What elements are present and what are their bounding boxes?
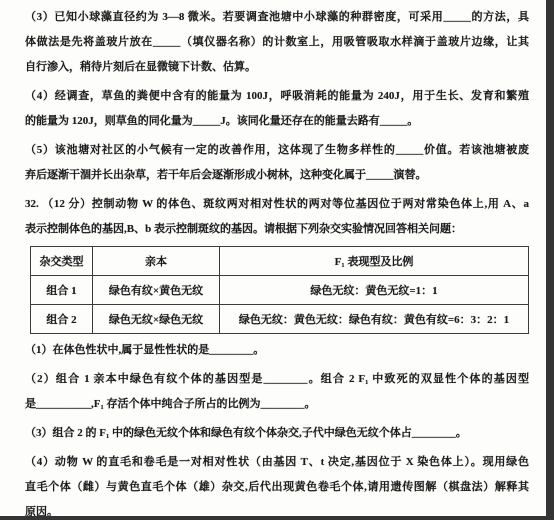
exam-page: （3）已知小球藻直径约为 3—8 微米。若要调查池塘中小球藻的种群密度，可采用_… <box>0 0 554 520</box>
text-line: 32. （12 分）控制动物 W 的体色、斑纹两对相对性状的两对等位基因位于两对… <box>25 192 529 217</box>
header-parents: 亲本 <box>93 247 220 276</box>
scan-edge-bottom <box>0 516 554 520</box>
table-header-row: 杂交类型 亲本 F₁ 表现型及比例 <box>31 247 529 276</box>
text-line: 直毛个体（雌）与黄色直毛个体（雄）杂交,后代出现黄色卷毛个体,请用遗传图解（棋盘… <box>25 475 529 500</box>
question-32-intro: 32. （12 分）控制动物 W 的体色、斑纹两对相对性状的两对等位基因位于两对… <box>25 192 529 242</box>
cell-combo-1-label: 组合 1 <box>31 276 93 305</box>
question-32-sub-4: （4）动物 W 的直毛和卷毛是一对相对性状（由基因 T、t 决定,基因位于 X … <box>25 450 529 520</box>
cell-combo-2-label: 组合 2 <box>31 305 93 334</box>
text-line: 弃后逐渐干涸并长出杂草，若干年后会逐渐形成小树林，这种变化属于_____演替。 <box>25 163 529 188</box>
text-line: （5）该池塘对社区的小气候有一定的改善作用，这体现了生物多样性的_____价值。… <box>25 138 529 163</box>
text-line: （1）在体色性状中,属于显性性状的是________。 <box>25 338 529 363</box>
question-32-sub-2: （2）组合 1 亲本中绿色有纹个体的基因型是________。组合 2 F₁ 中… <box>25 367 529 417</box>
text-line: 的能量为 120J，则草鱼的同化量为_____J。该同化量还存在的能量去路有__… <box>25 109 529 134</box>
text-line: （3）已知小球藻直径约为 3—8 微米。若要调查池塘中小球藻的种群密度，可采用_… <box>25 5 529 30</box>
cell-combo-1-parents: 绿色有纹×黄色无纹 <box>93 276 220 305</box>
text-line: 自行渗入，稍待片刻后在显微镜下计数、估算。 <box>25 55 529 80</box>
header-f1-phenotype-ratio: F₁ 表现型及比例 <box>220 247 529 276</box>
text-line: 是__________,F₁ 存活个体中纯合子所占的比例为________。 <box>25 392 529 417</box>
text-line: （4）动物 W 的直毛和卷毛是一对相对性状（由基因 T、t 决定,基因位于 X … <box>25 450 529 475</box>
cell-combo-2-parents: 绿色无纹×绿色无纹 <box>93 305 220 334</box>
header-cross-type: 杂交类型 <box>31 247 93 276</box>
table-row-combo-2: 组合 2 绿色无纹×绿色无纹 绿色无纹：黄色无纹：绿色有纹：黄色有纹=6：3：2… <box>31 305 529 334</box>
text-line: （3）组合 2 的 F₁ 中的绿色无纹个体和绿色有纹个体杂交,子代中绿色无纹个体… <box>25 421 529 446</box>
scan-edge-right <box>546 0 554 520</box>
cell-combo-1-ratio: 绿色无纹：黄色无纹=1：1 <box>220 276 529 305</box>
question-31-part-3: （3）已知小球藻直径约为 3—8 微米。若要调查池塘中小球藻的种群密度，可采用_… <box>25 5 529 80</box>
cell-combo-2-ratio: 绿色无纹：黄色无纹：绿色有纹：黄色有纹=6：3：2：1 <box>220 305 529 334</box>
cross-experiment-table: 杂交类型 亲本 F₁ 表现型及比例 组合 1 绿色有纹×黄色无纹 绿色无纹：黄色… <box>30 246 529 334</box>
question-31-part-5: （5）该池塘对社区的小气候有一定的改善作用，这体现了生物多样性的_____价值。… <box>25 138 529 188</box>
text-line: （4）经调查，草鱼的粪便中含有的能量为 100J，呼吸消耗的能量为 240J，用… <box>25 84 529 109</box>
table-row-combo-1: 组合 1 绿色有纹×黄色无纹 绿色无纹：黄色无纹=1：1 <box>31 276 529 305</box>
question-31-part-4: （4）经调查，草鱼的粪便中含有的能量为 100J，呼吸消耗的能量为 240J，用… <box>25 84 529 134</box>
text-line: （2）组合 1 亲本中绿色有纹个体的基因型是________。组合 2 F₁ 中… <box>25 367 529 392</box>
question-32-sub-1: （1）在体色性状中,属于显性性状的是________。 <box>25 338 529 363</box>
question-32-sub-3: （3）组合 2 的 F₁ 中的绿色无纹个体和绿色有纹个体杂交,子代中绿色无纹个体… <box>25 421 529 446</box>
text-line: 表示控制体色的基因,B、b 表示控制斑纹的基因。请根据下列杂交实验情况回答相关问… <box>25 217 529 242</box>
text-line: 体做法是先将盖玻片放在_____（填仪器名称）的计数室上，用吸管吸取水样滴于盖玻… <box>25 30 529 55</box>
